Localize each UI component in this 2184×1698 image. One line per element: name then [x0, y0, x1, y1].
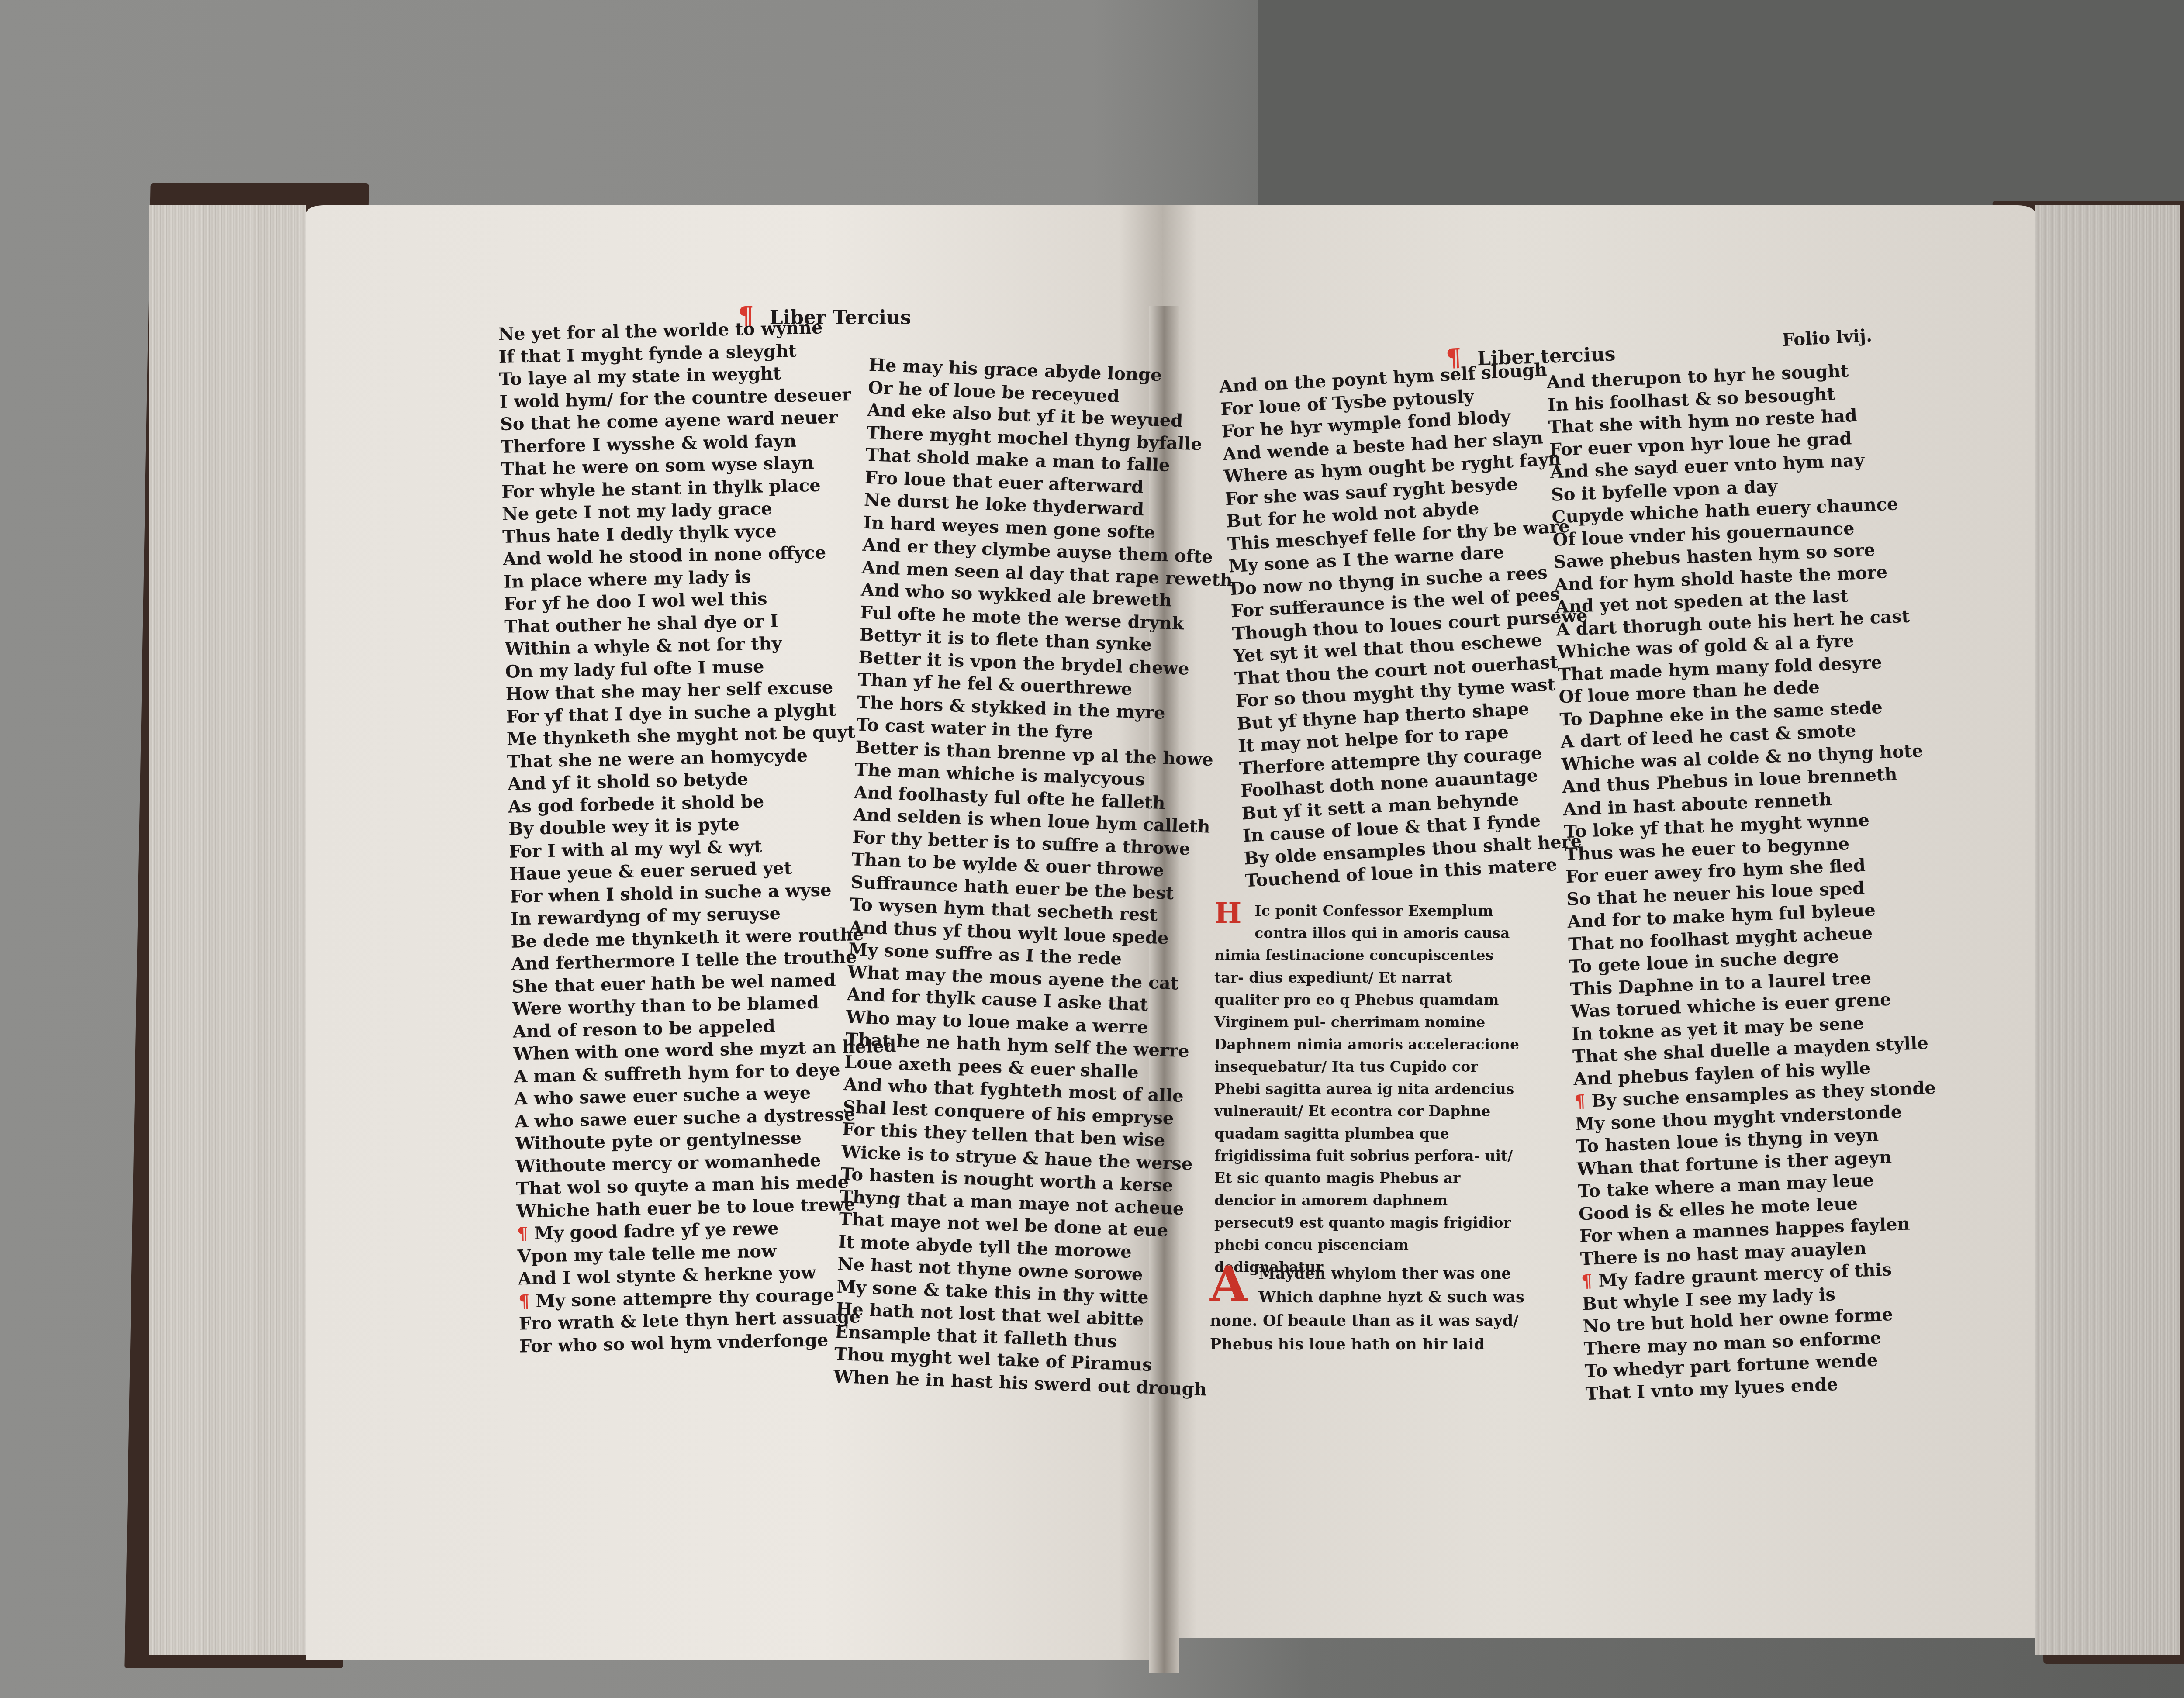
rubricated-initial: A	[1210, 1262, 1247, 1306]
pilcrow-icon: ¶	[518, 1291, 529, 1311]
background-backdrop	[1258, 0, 2184, 210]
tale-opening-text: Mayden whylom ther was one Which daphne …	[1210, 1265, 1524, 1353]
tale-opening: A Mayden whylom ther was one Which daphn…	[1210, 1262, 1524, 1356]
rubricated-initial: H	[1214, 900, 1241, 926]
pilcrow-icon: ¶	[1581, 1271, 1593, 1292]
fore-edge-left	[149, 205, 306, 1655]
pilcrow-icon: ¶	[517, 1223, 528, 1244]
pilcrow-icon: ¶	[1574, 1091, 1586, 1112]
latin-marginal-note: H Ic ponit Confessor Exemplum contra ill…	[1214, 900, 1520, 1278]
fore-edge-right	[2035, 205, 2180, 1655]
right-column-1: And on the poynt hym self sloughFor loue…	[1219, 357, 1601, 892]
left-column-2: He may his grace abyde longeOr he of lou…	[833, 354, 1242, 1401]
latin-note-text: Ic ponit Confessor Exemplum contra illos…	[1214, 902, 1519, 1276]
right-column-2: And therupon to hyr he soughtIn his fool…	[1546, 357, 1948, 1405]
